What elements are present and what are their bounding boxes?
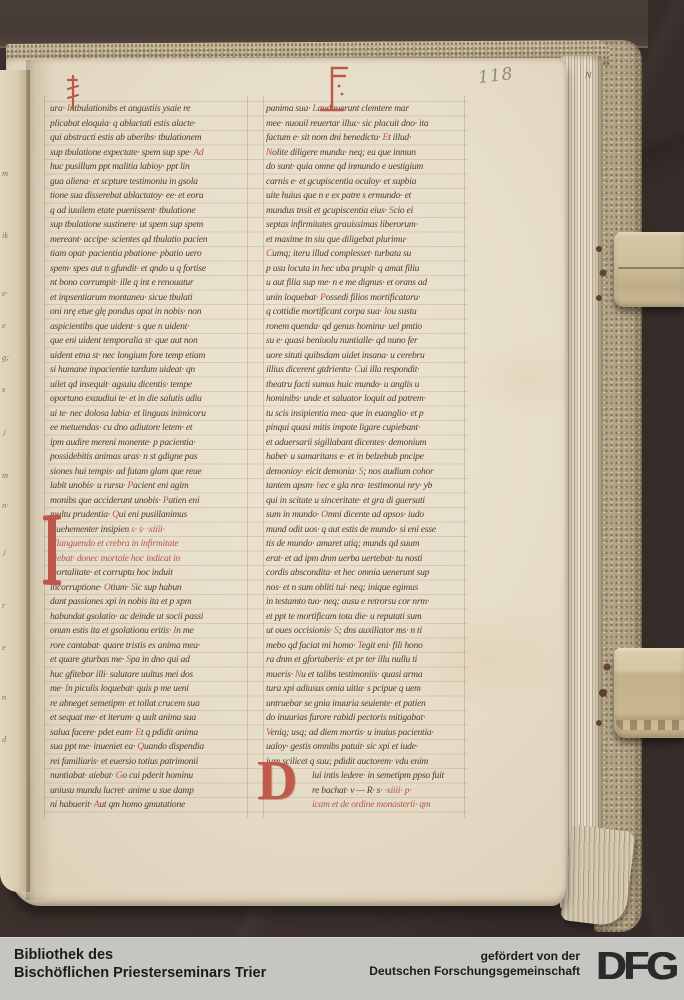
manuscript-line: p usu locuta in hec uba prupit· q amat f… (266, 262, 469, 277)
manuscript-line: habet· u samaritans e· et in belzebub pn… (266, 450, 469, 465)
manuscript-line: tura xpi adiusus omia uitia· s pcipue q … (266, 682, 469, 697)
manuscript-line: onum estis ita et gsolationu eritis· In … (50, 624, 248, 639)
manuscript-line: Nolite diligere mundu· neq; ea que inmun (266, 146, 469, 161)
manuscript-line: spem· spes aut n gfundit· et qndo u q fo… (50, 262, 248, 277)
library-name-line2: Bischöflichen Priesterseminars Trier (14, 965, 266, 983)
leather-clasp-strap-upper (614, 232, 684, 307)
manuscript-line: cordis abscondita· et hec omnia uenerunt… (266, 566, 469, 581)
manuscript-line: salua facere· pdet eam· Et q pdidit anim… (50, 726, 248, 741)
manuscript-line: et inpsentiarum montaneu· sicue tbulati (50, 291, 248, 306)
rubric-ascender-flourish-right (316, 64, 352, 116)
manuscript-line: uniusu mundu lucret· anime u sue damp (50, 784, 248, 799)
gutter-text-fragment: J (2, 548, 6, 558)
manuscript-line: et ppt te mortificam tota die· u reputat… (266, 610, 469, 625)
manuscript-line: do sunt· quia omne qd inmundo e uestigiu… (266, 160, 469, 175)
manuscript-line: Hlanguendo et crebra in infirmitate (50, 537, 248, 552)
manuscript-line: rore cantabat· quare tristis es anima me… (50, 639, 248, 654)
funding-line1: gefördert von der (369, 949, 580, 964)
manuscript-line: nos· et n sum obliti tui· neq; inique eg… (266, 581, 469, 596)
manuscript-line: erat· et ad ipm dnm uerba uertebat· tu n… (266, 552, 469, 567)
manuscript-line: untruebar se gnia inuuria seuiente· et p… (266, 697, 469, 712)
gutter-text-fragment: n· (2, 500, 8, 510)
manuscript-line: incorruptione· Otium· Sic sup habun (50, 581, 248, 596)
ruling-vertical-col2-left (263, 96, 264, 818)
manuscript-line: huc pusillum ppt malitia labioy· ppt lin (50, 160, 248, 175)
manuscript-line: ra dnm et gfortaberis· et pr ter illu nu… (266, 653, 469, 668)
funding-line2: Deutschen Forschungsgemeinschaft (369, 964, 580, 979)
manuscript-line: su e· quasi beniuolu nuntialle· qd nuno … (266, 334, 469, 349)
manuscript-line: tantem apsm· hec e gla nra· testimonui n… (266, 479, 469, 494)
manuscript-line: e uehementer insipien s· s· ·xiiii· (50, 523, 248, 538)
manuscript-line: mebo qd faciat mi homo· Tegit eni· fili … (266, 639, 469, 654)
gutter-text-fragment: m (2, 470, 8, 480)
manuscript-line: q ad iuuilem etate puenissent· tbulation… (50, 204, 248, 219)
rubric-ascender-flourish-left (64, 74, 82, 112)
funding-attribution: gefördert von der Deutschen Forschungsge… (369, 949, 580, 979)
manuscript-line: ronem quenda· qd genus hominu· uel pmtio (266, 320, 469, 335)
manuscript-line: mee· nuouil reuertar illuc· sic placuit … (266, 117, 469, 132)
manuscript-line: septas infirmitates grauissimas liberoru… (266, 218, 469, 233)
manuscript-line: factum e· sit nom dni benedictu· Et illu… (266, 131, 469, 146)
manuscript-line: q cottidie mortificant corpa sua· Iou su… (266, 305, 469, 320)
wormhole-marks (0, 0, 4, 4)
manuscript-line: ui te· nec dolosa labia· et linguas inim… (50, 407, 248, 422)
manuscript-line: panima sua· Laudauerunt clemtere mar (266, 102, 469, 117)
manuscript-line: aiebat· donec mortale hoc indicat in (50, 552, 248, 567)
gutter-text-fragment: ik (2, 230, 8, 240)
manuscript-line: uore situti quibsdam uidet insana· u cer… (266, 349, 469, 364)
manuscript-line: tione sua disserebat ablactatoy· ee· et … (50, 189, 248, 204)
manuscript-line: in testamto tuo· neq; ausu e retrorsu co… (266, 595, 469, 610)
manuscript-line: u aut filia sup me· n e me dignus· et or… (266, 276, 469, 291)
manuscript-line: sup tbulatione expectate· spem sup spe· … (50, 146, 248, 161)
gutter-text-fragment: e (2, 320, 6, 330)
manuscript-line: hominibs· unde et saluator loquit ad pat… (266, 392, 469, 407)
manuscript-line: possidebitis animas uras· n st gdigne pa… (50, 450, 248, 465)
manuscript-line: ee metuendas· cu dno adiutore letem· et (50, 421, 248, 436)
manuscript-line: tis de mundo· amaret utiq; munds qd suum (266, 537, 469, 552)
rubric-initial-d: D (257, 753, 297, 809)
manuscript-line: ut oues occisionis· S; dns auxiliator ms… (266, 624, 469, 639)
manuscript-line: qui in scitate u sinceritate· et gra di … (266, 494, 469, 509)
manuscript-line: ipm audire mereni monente· p pacientia· (50, 436, 248, 451)
manuscript-line: siones hui tempis· ad futam glam que reu… (50, 465, 248, 480)
gutter-text-fragment: m (2, 168, 8, 178)
ruling-vertical-left (44, 96, 45, 818)
manuscript-line: unin loquebat· Possedi filios mortificat… (266, 291, 469, 306)
manuscript-line: si humane inpacientie tardum uideat· qn (50, 363, 248, 378)
manuscript-line: et sequat me· et iterum· q uult anima su… (50, 711, 248, 726)
manuscript-line: uident etna st· nec longium fore temp et… (50, 349, 248, 364)
manuscript-line: oportuno exaudiui te· et in die salutis … (50, 392, 248, 407)
manuscript-line: qui abstracti estis ab uberibs· tbulatio… (50, 131, 248, 146)
manuscript-line: pinqui quasi mitis impote ligare cupieba… (266, 421, 469, 436)
gutter-text-fragment: r (2, 600, 5, 610)
manuscript-line: theatru facti sumus huic mundo· u anglis… (266, 378, 469, 393)
manuscript-line: do inuurias furore rabidi pectoris mitig… (266, 711, 469, 726)
gutter-text-fragment: J (2, 428, 6, 438)
manuscript-line: ni habuerit· Aut qm homo gmutatione (50, 798, 248, 813)
manuscript-line: monibs que acciderunt unobis· Patien eni (50, 494, 248, 509)
manuscript-line: rei familiaris· et euersio totius patrim… (50, 755, 248, 770)
manuscript-line: carnis e· et gcupiscentia oculoy· et sup… (266, 175, 469, 190)
gutter-text-fragment: n (2, 692, 6, 702)
manuscript-line: sum in mundo· Omni dicente ad apsos· iud… (266, 508, 469, 523)
manuscript-line: habundat gsolatio· ac deinde ut socii pa… (50, 610, 248, 625)
manuscript-line: plicabat eloquia· q ablactati estis alac… (50, 117, 248, 132)
manuscript-line: uite huius que n e ex patre s ermundo· e… (266, 189, 469, 204)
manuscript-line: mundus tnsit et gcupiscentia eius· Scio … (266, 204, 469, 219)
rubric-initial-i (48, 517, 56, 583)
library-name-line1: Bibliothek des (14, 947, 266, 965)
manuscript-line: mueris· Nu et talibs testimoniis· quasi … (266, 668, 469, 683)
manuscript-line: labit unobis· u rursu· Pacient eni agim (50, 479, 248, 494)
manuscript-line: que eni uident temporalia st· que aut no… (50, 334, 248, 349)
manuscript-line: multu prudentia· Qui eni pusillanimus (50, 508, 248, 523)
fore-edge-pen-mark: N (584, 69, 592, 80)
manuscript-line: re abneget semetipm· et tollat crucem su… (50, 697, 248, 712)
manuscript-line: tu scis insipientia mea· que in euanglio… (266, 407, 469, 422)
manuscript-line: mereant· accipe· scientes qd tbulatio pa… (50, 233, 248, 248)
gutter-text-fragment: e· (2, 288, 8, 298)
manuscript-line: mortalitate· et corruptu hoc induit (50, 566, 248, 581)
footer-bar: Bibliothek des Bischöflichen Priestersem… (0, 937, 684, 1000)
manuscript-line: sup tbulatione sustinere· ut spem sup sp… (50, 218, 248, 233)
manuscript-line: illius dicerent gtdrientu· Cui illa resp… (266, 363, 469, 378)
folio-number: 118 (477, 64, 515, 88)
manuscript-line: mund odit uos· q aut estis de mundo· si … (266, 523, 469, 538)
gutter-text-fragment: d (2, 734, 6, 744)
text-column-left: ura· Intbulationibs et angustiis ysaie r… (50, 102, 248, 813)
manuscript-line: et quare gturbas me· Spa in dno qui ad (50, 653, 248, 668)
manuscript-scan-view: mike·eg;sJmn·Jrend ura· Intbulationibs e… (0, 0, 684, 1000)
manuscript-line: me· In piculis loquebat· quis p me ueni (50, 682, 248, 697)
manuscript-line: demonioy· eicit demonia· S; nos audium c… (266, 465, 469, 480)
manuscript-line: huc gfitebor illi· salutare uultus mei d… (50, 668, 248, 683)
gutter-text-fragment: g; (2, 352, 9, 362)
text-column-right: panima sua· Laudauerunt clemtere marmee·… (266, 102, 469, 813)
manuscript-line: nuntiabat· aiebat· Go cui pderit hominu (50, 769, 248, 784)
manuscript-line: nt bono corrumpit· ille q int e renouatu… (50, 276, 248, 291)
manuscript-line: dant passiones xpi in nobis ita et p xpm (50, 595, 248, 610)
manuscript-line: Veniq; usq; ad diem mortis· u inuius pac… (266, 726, 469, 741)
manuscript-line: et maxime tn siu que diligebat plurimu· (266, 233, 469, 248)
gutter-text-fragment: e (2, 642, 6, 652)
manuscript-line: tiam opat· pacientia pbatione· pbatio ue… (50, 247, 248, 262)
gutter-text-fragment: s (2, 384, 5, 394)
page-block-fore-edge (560, 56, 602, 908)
manuscript-line: oni nrę etue glę pondus opat in nobis· n… (50, 305, 248, 320)
library-attribution: Bibliothek des Bischöflichen Priestersem… (14, 947, 266, 982)
manuscript-line: Cumq; iteru illud complesset· turbata su (266, 247, 469, 262)
manuscript-line: sua ppt me· inueniet ea· Quando dispendi… (50, 740, 248, 755)
manuscript-line: aspicientibs que uident· s que n uident· (50, 320, 248, 335)
manuscript-line: uilet qd insequit· agsuiu dicentis· temp… (50, 378, 248, 393)
manuscript-line: et aduersarii sigillabant dicentes· demo… (266, 436, 469, 451)
dfg-logo: DFG (596, 944, 676, 988)
manuscript-line: gua aliena· et scpture testimoniu in gso… (50, 175, 248, 190)
leather-clasp-strap-lower (614, 648, 684, 738)
